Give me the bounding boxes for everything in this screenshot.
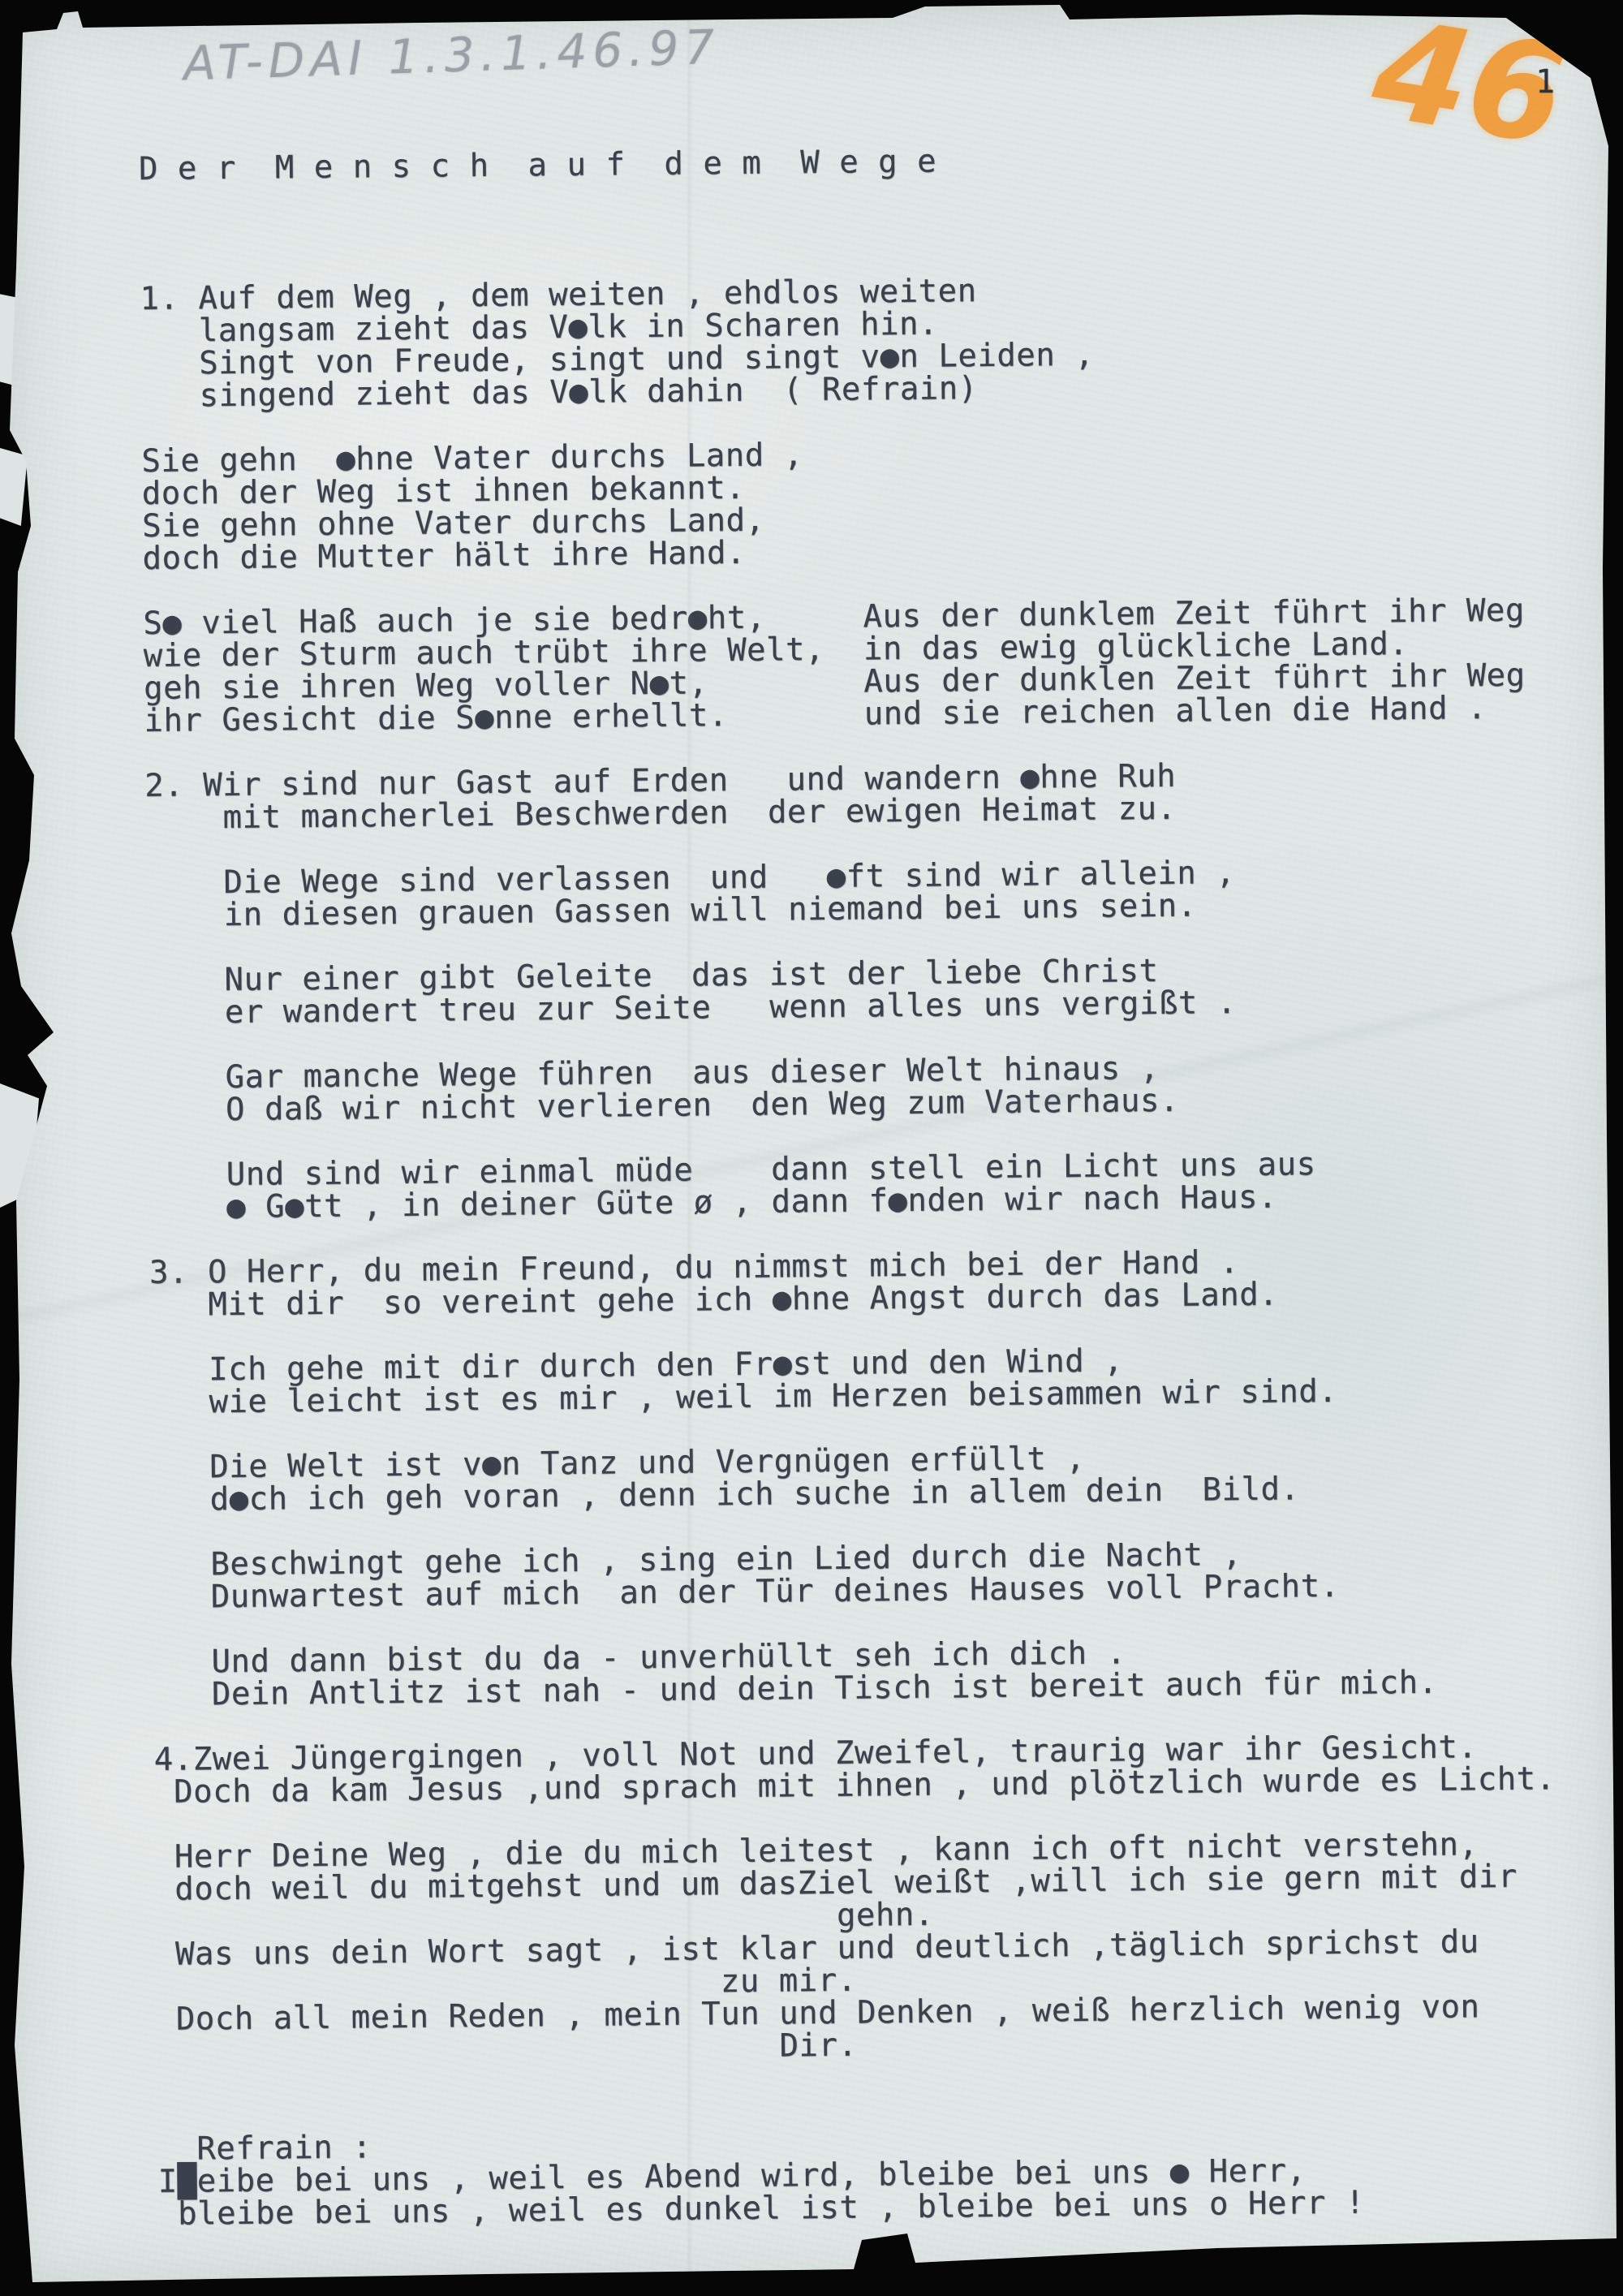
torn-paper-fragment: [0, 448, 28, 526]
typed-text-block: D e r M e n s c h a u f d e m W e g e 1.…: [138, 75, 1561, 2295]
scan-background: AT-DAI 1.3.1.46.97 46 1 D e r M e n s c …: [0, 0, 1623, 2296]
handwritten-archive-code: AT-DAI 1.3.1.46.97: [183, 19, 721, 92]
document-page: AT-DAI 1.3.1.46.97 46 1 D e r M e n s c …: [0, 0, 1623, 2296]
document-title: D e r M e n s c h a u f d e m W e g e: [139, 140, 1540, 186]
song-lyrics: 1. Auf dem Weg , dem weiten , ehdlos wei…: [140, 237, 1560, 2230]
